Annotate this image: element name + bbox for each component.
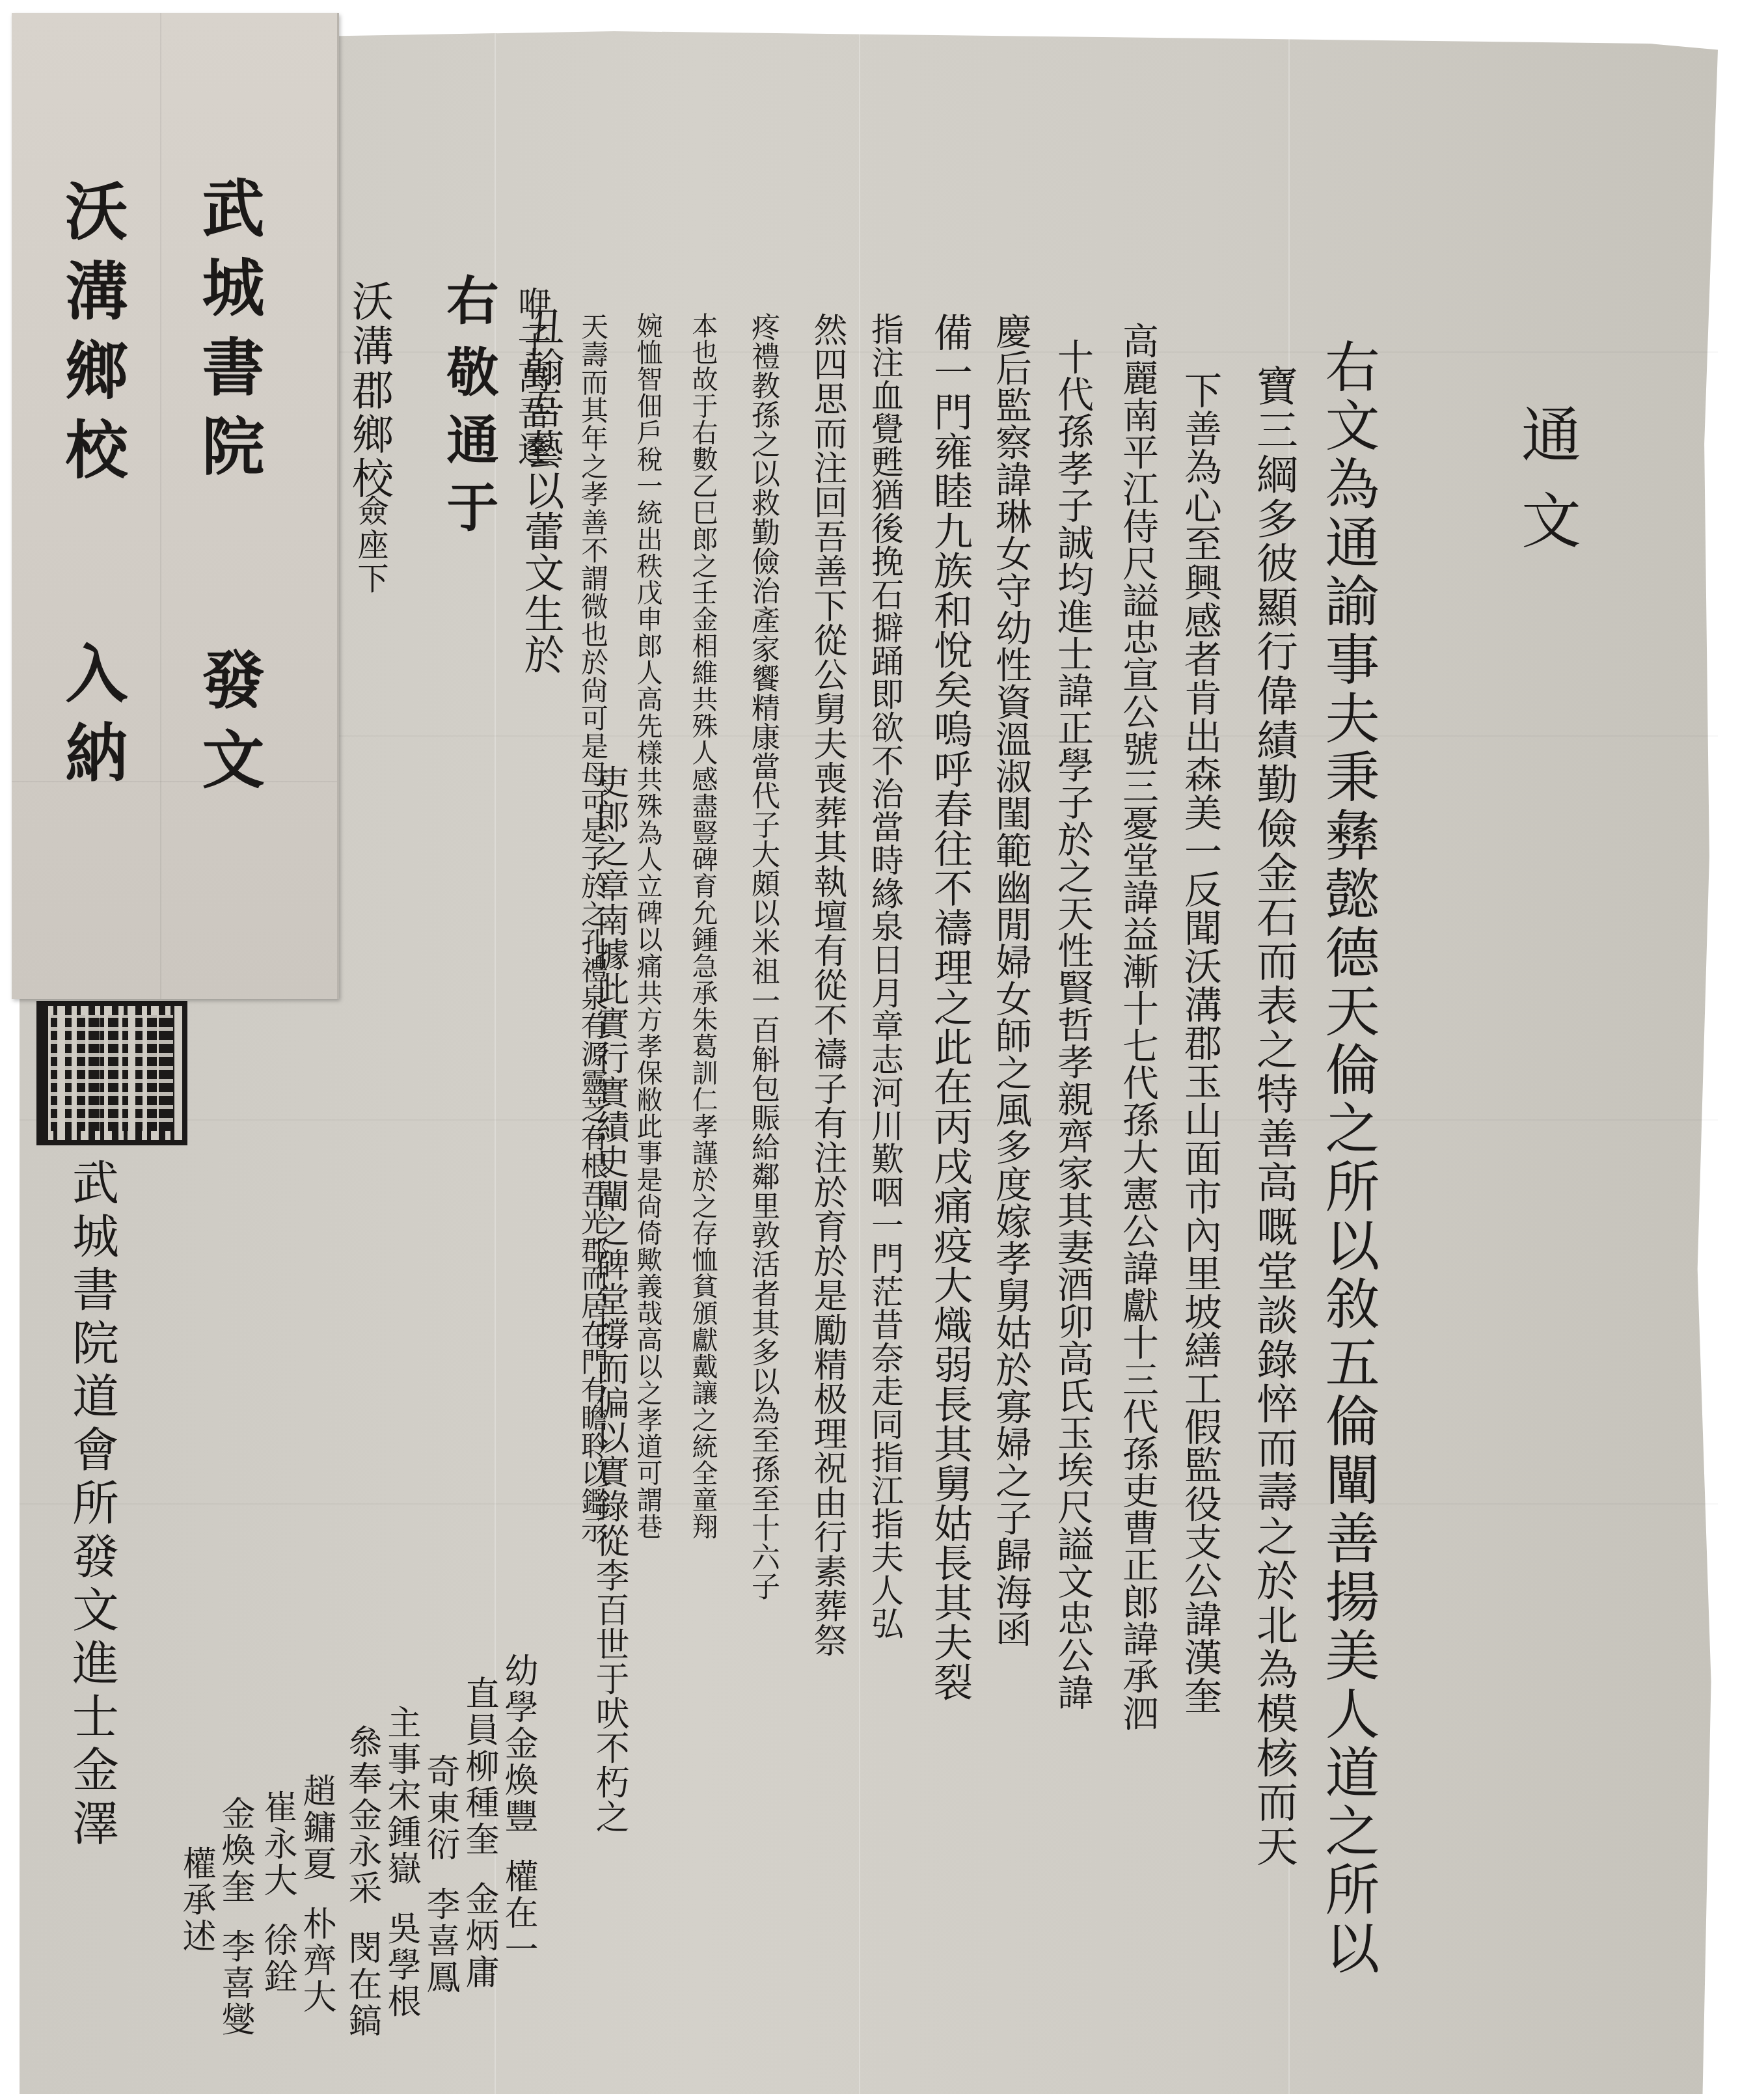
body-column: 寶三綱多彼顯行偉績勤儉金石而表之特善高嘅堂談錄悴而壽之於北為模核而天 (1253, 364, 1294, 1869)
body-column: 十代孫孝子誠均進士諱正學子於之天性賢哲孝親齊家其妻酒卯高氏玉埃尺謚文忠公諱 (1054, 338, 1091, 1711)
body-column: 高麗南平江侍尺謚忠宣公號三憂堂諱益漸十七代孫大憲公諱獻十三代孫吏曹正郎諱承泗 (1119, 322, 1156, 1732)
signatory-column: 直員柳種奎金炳庸 (462, 1676, 496, 1991)
body-column: 吏郎之章南據此實行實績史闡之碑堂撐而偏以實錄從李百世于吠不朽之 (592, 765, 626, 1834)
envelope-recipient: 沃溝鄉校 (61, 179, 123, 497)
body-column: 下善為心至興感者肯出森美一反聞沃溝郡玉山面市內里坡繕工假監役支公諱漢奎 (1181, 371, 1219, 1715)
addressee: 沃溝郡鄉校 (348, 280, 390, 501)
square-seal-stamp: 武城書院 (36, 1001, 187, 1145)
envelope-sender: 武城書院 (197, 176, 260, 493)
signatory-column: 趙鏞夏朴齊大 (299, 1773, 333, 2015)
seal-pattern (51, 1015, 173, 1131)
issuer-line: 武城書院道會所發文進士金澤 (68, 1158, 115, 1852)
body-column: 然四思而注回吾善下從公舅夫喪葬其執壇有從不禱子有注於育於是勵精极理祝由行素葬祭 (810, 312, 844, 1657)
signatory-column: 叅奉金永采閔在鎬 (345, 1725, 379, 2039)
signatory-title: 叅奉 (342, 1725, 381, 1797)
signatory-name: 閔在鎬 (345, 1930, 379, 2039)
signatory-column: 主事宋鍾嶽吳學根 (384, 1705, 418, 2020)
salutation-prefix: 右 (442, 273, 495, 333)
envelope-fold (160, 13, 161, 999)
signatory-name: 李喜鳳 (423, 1887, 457, 1996)
signatory-title: 主事 (381, 1705, 420, 1778)
signatory-column: 崔永大徐銓 (260, 1790, 294, 1995)
signatory-name: 金永采 (345, 1797, 379, 1907)
envelope-recipient-suffix: 入納 (61, 641, 123, 800)
signatory-name: 徐銓 (260, 1922, 294, 1995)
signatory-name: 柳種奎 (462, 1749, 496, 1858)
document-title: 通文 (1516, 403, 1576, 575)
body-column: 婉恤智佃戶稅一統出秩戊申郎人高先樣共殊為人立碑以痛共方孝保敝此事是尙倚歟義哉高以… (634, 312, 660, 1540)
signatory-name: 金炳庸 (462, 1881, 496, 1991)
salutation: 敬通于 (442, 345, 495, 548)
signatory-name: 崔永大 (260, 1790, 294, 1899)
envelope-sender-suffix: 發文 (197, 648, 260, 806)
addressee-honorific: 僉座下 (355, 495, 386, 596)
signatory-column: 幼學金煥豐權在一 (501, 1653, 535, 1968)
date-line: 咿子萬吾達 (514, 286, 548, 469)
signatory-column: 金煥奎李喜燮 (218, 1796, 252, 2038)
signatory-name: 趙鏞夏 (299, 1773, 333, 1883)
signatory-name: 權在一 (501, 1859, 535, 1968)
body-column: 右文為通諭事夫秉彝懿德天倫之所以敘五倫闡善揚美人道之所以 (1321, 338, 1376, 1978)
signatory-title: 直員 (459, 1676, 498, 1749)
body-column: 疼禮教孫之以救勤儉治產家饗精康當代子大頗以米祖一百斛包賑給鄰里敦活者其多以為至孫… (748, 312, 777, 1601)
body-column: 本也故于右數乙巳郎之壬金相維共殊人感盡豎碑育允鍾急承朱葛訓仁孝謹於之存恤貧頒獻戴… (690, 312, 716, 1540)
signatory-column: 奇東衍李喜鳳 (423, 1754, 457, 1996)
body-column: 指注血覺甦猶後挽石擗踊即欲不治當時緣泉日月章志河川歎咽一門茫昔奈走同指江指夫人弘 (869, 312, 901, 1640)
signatory-name: 吳學根 (384, 1911, 418, 2020)
signatory-title: 幼學 (498, 1653, 537, 1726)
signatory-column: 權承述 (179, 1822, 213, 1955)
paper-fold-line (859, 31, 860, 2094)
signatory-name: 宋鍾嶽 (384, 1778, 418, 1887)
signatory-name: 金煥豐 (501, 1726, 535, 1835)
signatory-name: 金煥奎 (218, 1796, 252, 1905)
envelope-wrapper: 武城書院 發文 沃溝鄉校 入納 (12, 13, 339, 999)
signatory-name: 奇東衍 (423, 1754, 457, 1863)
body-column: 慶后監察諱琳女守幼性資溫淑閨範幽閒婦女師之風多度嫁孝舅姑於寡婦之子歸海函 (992, 312, 1029, 1648)
signatory-name: 李喜燮 (218, 1929, 252, 2038)
body-column: 備一門雍睦九族和悅矣嗚呼春往不禱理之此在丙戌痛疫大熾弱長其舅姑長其夫裂 (931, 312, 970, 1702)
signatory-name: 朴齊大 (299, 1906, 333, 2015)
signatory-name: 權承述 (179, 1846, 213, 1955)
